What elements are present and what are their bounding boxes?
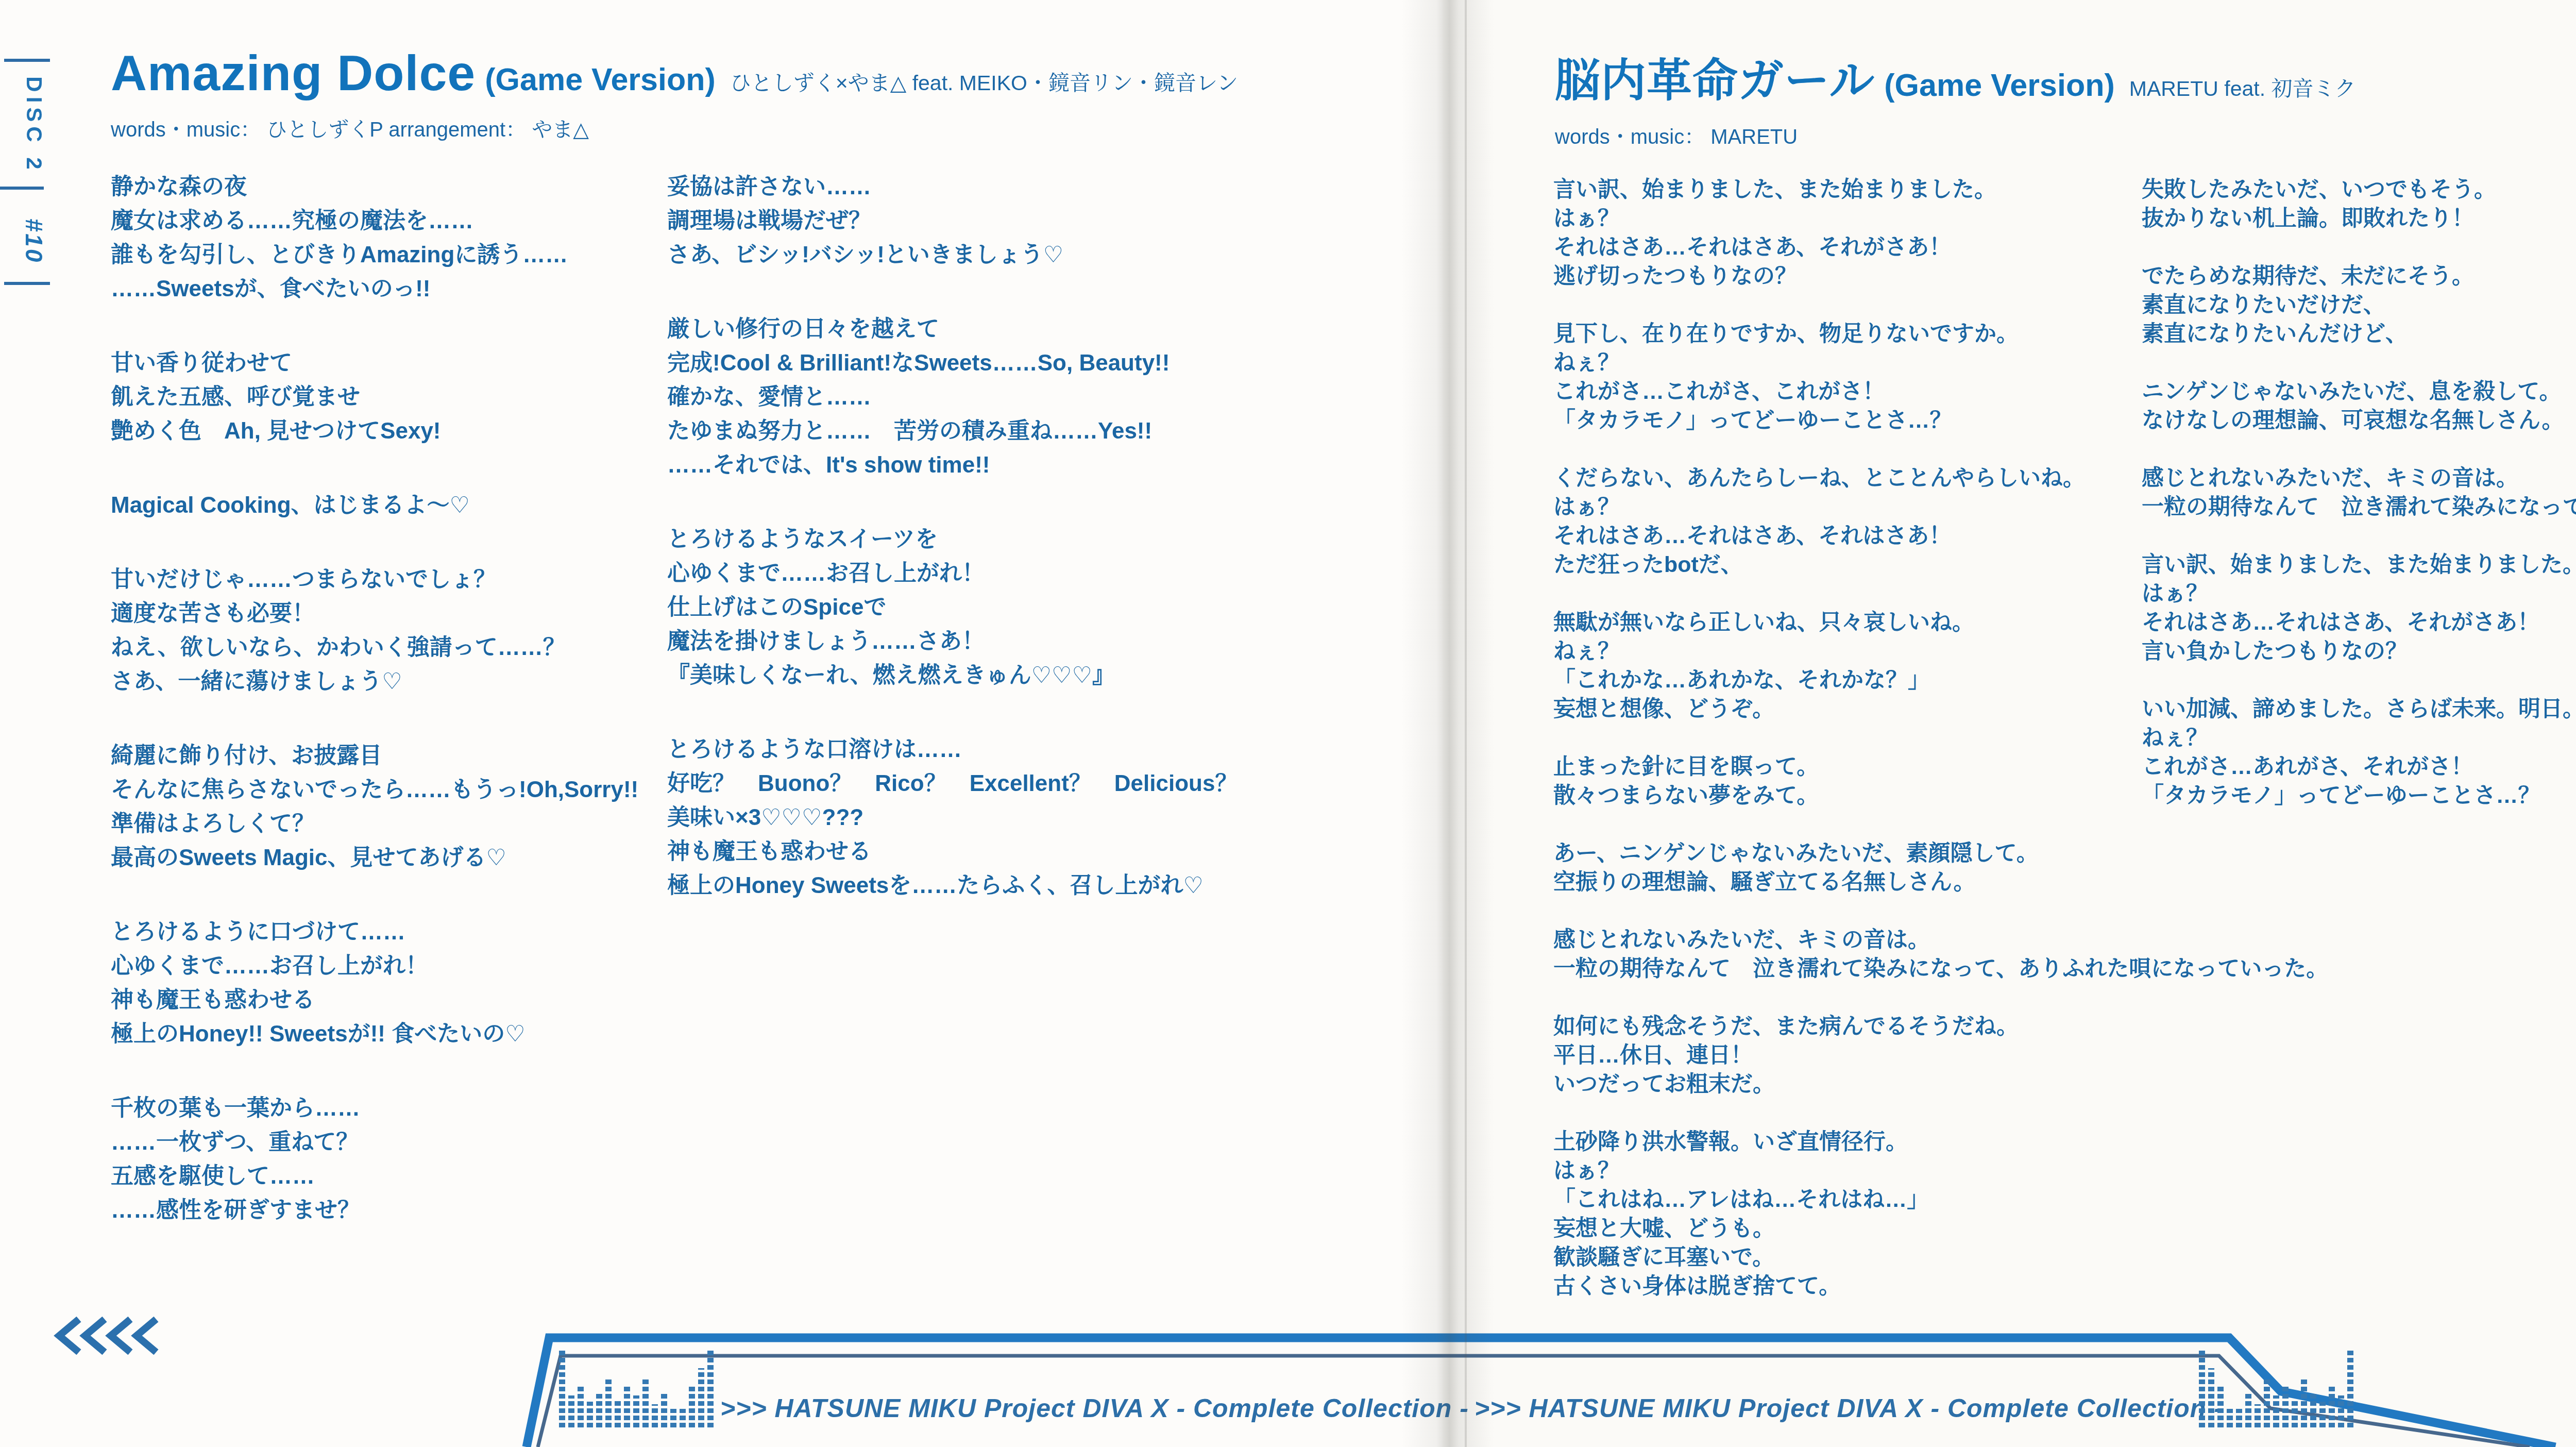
lyric-line: 厳しい修行の日々を越えて (667, 312, 1238, 346)
equalizer-bar (596, 1391, 602, 1427)
stanza: 感じとれないみたいだ、キミの音は。一粒の期待なんて 泣き濡れて染みになって、あり… (1553, 926, 2328, 983)
lyric-line: 魔法を掛けましょう……さあ！ (667, 625, 1238, 659)
lyric-line: ニンゲンじゃないみたいだ、息を殺して。 (2142, 377, 2576, 406)
stanza: とろけるような口溶けは……好吃？ Buono？ Rico？ Excellent？… (667, 733, 1238, 903)
lyric-line: 千枚の葉も一葉から…… (111, 1091, 638, 1125)
equalizer-bar (2208, 1368, 2214, 1427)
stanza: 甘いだけじゃ……つまらないでしょ？適度な苦さも必要！ねえ、欲しいなら、かわいく強… (111, 563, 638, 699)
album-footer-text-right: >>> HATSUNE MIKU Project DIVA X - Comple… (1475, 1392, 2223, 1424)
right-song-title: 脳内革命ガール (1555, 44, 1875, 109)
lyric-line: 「これはね…アレはね…それはね…」 (1553, 1185, 2328, 1214)
equalizer-bar (2273, 1395, 2279, 1427)
lyric-line: 五感を駆使して…… (111, 1159, 638, 1193)
lyric-line: はぁ？ (1553, 1156, 2328, 1185)
lyric-line: とろけるようなスイーツを (667, 523, 1238, 557)
lyric-line: さあ、一緒に蕩けましょう♡ (111, 665, 638, 699)
equalizer-bar (2282, 1384, 2289, 1427)
lyric-line: いい加減、諦めました。さらば未来。明日。 (2142, 695, 2576, 723)
lyric-line: 飢えた五感、呼び覚ませ (111, 380, 638, 414)
stanza: 千枚の葉も一葉から…………一枚ずつ、重ねて？五感を駆使して…………感性を研ぎすま… (111, 1091, 638, 1227)
equalizer-bar (689, 1384, 695, 1427)
equalizer-bar (624, 1384, 630, 1427)
lyric-line: そんなに焦らさないでったら……もうっ!Oh,Sorry!! (111, 773, 638, 807)
stanza: 感じとれないみたいだ、キミの音は。一粒の期待なんて 泣き濡れて染みになって、あり… (2142, 464, 2576, 521)
equalizer-bar (2236, 1409, 2242, 1427)
equalizer-bar (633, 1395, 639, 1427)
equalizer-bar (2347, 1350, 2353, 1427)
stanza: 綺麗に飾り付け、お披露目そんなに焦らさないでったら……もうっ!Oh,Sorry!… (111, 739, 638, 875)
lyric-line: 好吃？ Buono？ Rico？ Excellent？ Delicious？ (667, 767, 1238, 801)
lyric-line: 適度な苦さも必要！ (111, 597, 638, 631)
left-title-row: Amazing Dolce (Game Version) ひとしずく×やま△ f… (111, 44, 1238, 102)
lyric-line: 甘い香り従わせて (111, 346, 638, 380)
stanza: とろけるようなスイーツを心ゆくまで……お召し上がれ！仕上げはこのSpiceで魔法… (667, 523, 1238, 693)
lyric-line: 言い負かしたつもりなの？ (2142, 637, 2576, 666)
page-left: Amazing Dolce (Game Version) ひとしずく×やま△ f… (0, 0, 1443, 1447)
left-song-title: Amazing Dolce (111, 44, 476, 102)
stanza: 失敗したみたいだ、いつでもそう。抜かりない机上論。即敗れたり！ (2142, 175, 2576, 233)
right-lyrics-column-2: 失敗したみたいだ、いつでもそう。抜かりない机上論。即敗れたり！でたらめな期待だ、… (2142, 175, 2576, 839)
lyric-line: 素直になりたいだけだ、 (2142, 291, 2576, 319)
lyric-line: 空振りの理想論、騒ぎ立てる名無しさん。 (1553, 868, 2328, 897)
equalizer-bar (680, 1409, 686, 1427)
lyric-line: 極上のHoney Sweetsを……たらふく、召し上がれ♡ (667, 869, 1238, 903)
lyric-line: 静かな森の夜 (111, 170, 638, 204)
lyric-line: それはさあ…それはさあ、それがさあ！ (2142, 608, 2576, 637)
lyric-line: 誰もを勾引し、とびきりAmazingに誘う…… (111, 238, 638, 272)
equalizer-bar (559, 1350, 565, 1427)
equalizer-bar (2255, 1404, 2261, 1427)
equalizer-bar (707, 1350, 714, 1427)
lyric-line: Magical Cooking、はじまるよ～♡ (111, 489, 638, 523)
lyric-line: 完成!Cool & Brilliant!なSweets……So, Beauty!… (667, 346, 1238, 380)
equalizer-bar (2338, 1395, 2344, 1427)
album-footer-text-left: >>> HATSUNE MIKU Project DIVA X - Comple… (720, 1392, 1469, 1424)
lyric-line: 如何にも残念そうだ、また病んでるそうだね。 (1553, 1012, 2328, 1041)
lyric-line: ……感性を研ぎすませ？ (111, 1193, 638, 1227)
lyric-line: 平日…休日、連日！ (1553, 1041, 2328, 1070)
equalizer-bar (2301, 1378, 2307, 1427)
lyric-line: たゆまぬ努力と…… 苦労の積み重ね……Yes!! (667, 414, 1238, 448)
stanza: 静かな森の夜魔女は求める……究極の魔法を……誰もを勾引し、とびきりAmazing… (111, 170, 638, 306)
lyric-line: 綺麗に飾り付け、お披露目 (111, 739, 638, 773)
lyric-line: ねぇ？ (2142, 723, 2576, 752)
right-song-version: (Game Version) (1884, 67, 2115, 103)
page-right: 脳内革命ガール (Game Version) MARETU feat. 初音ミク… (1443, 0, 2576, 1447)
stanza: Magical Cooking、はじまるよ～♡ (111, 489, 638, 523)
left-song-version: (Game Version) (485, 61, 716, 97)
equalizer-bar (568, 1395, 574, 1427)
right-song-artist: MARETU feat. 初音ミク (2129, 72, 2356, 102)
equalizer-bar (2227, 1409, 2233, 1427)
lyric-line: 神も魔王も惑わせる (667, 835, 1238, 869)
lyric-line: 一粒の期待なんて 泣き濡れて染みになって、ありふれた唄になっていった。 (1553, 954, 2328, 983)
equalizer-icon (2199, 1350, 2353, 1427)
lyric-line: 抜かりない机上論。即敗れたり！ (2142, 204, 2576, 233)
lyric-line: 魔女は求める……究極の魔法を…… (111, 204, 638, 238)
equalizer-bar (661, 1393, 667, 1427)
lyric-line: ……Sweetsが、食べたいのっ!! (111, 272, 638, 306)
lyric-line: いつだってお粗末だ。 (1553, 1070, 2328, 1099)
equalizer-bar (587, 1402, 593, 1427)
equalizer-bar (652, 1404, 658, 1427)
lyric-line: とろけるような口溶けは…… (667, 733, 1238, 767)
page-fold-crease (1465, 0, 1467, 1447)
left-lyrics-column-2: 妥協は許さない……調理場は戦場だぜ？さあ、ビシッ!バシッ!といきましょう♡厳しい… (667, 170, 1238, 943)
equalizer-bar (670, 1409, 676, 1427)
left-lyrics-column-1: 静かな森の夜魔女は求める……究極の魔法を……誰もを勾引し、とびきりAmazing… (111, 170, 638, 1268)
lyric-line: 感じとれないみたいだ、キミの音は。 (1553, 926, 2328, 954)
lyric-line: 調理場は戦場だぜ？ (667, 204, 1238, 238)
booklet-spread: Amazing Dolce (Game Version) ひとしずく×やま△ f… (0, 0, 2576, 1447)
lyric-line: 準備はよろしくて？ (111, 807, 638, 841)
lyric-line: これがさ…あれがさ、それがさ！ (2142, 752, 2576, 781)
lyric-line: 土砂降り洪水警報。いざ直情径行。 (1553, 1128, 2328, 1156)
lyric-line: ねえ、欲しいなら、かわいく強請って……？ (111, 631, 638, 665)
lyric-line: 心ゆくまで……お召し上がれ！ (111, 949, 638, 983)
lyric-line: 失敗したみたいだ、いつでもそう。 (2142, 175, 2576, 204)
lyric-line: ……一枚ずつ、重ねて？ (111, 1125, 638, 1159)
stanza: あー、ニンゲンじゃないみたいだ、素顔隠して。空振りの理想論、騒ぎ立てる名無しさん… (1553, 839, 2328, 897)
equalizer-bar (642, 1378, 649, 1427)
lyric-line: 美味い×3♡♡♡??? (667, 801, 1238, 835)
equalizer-bar (2264, 1378, 2270, 1427)
lyric-line: でたらめな期待だ、未だにそう。 (2142, 262, 2576, 291)
lyric-line: 確かな、愛情と…… (667, 380, 1238, 414)
equalizer-bar (2329, 1384, 2335, 1427)
lyric-line: 素直になりたいんだけど、 (2142, 319, 2576, 348)
stanza: とろけるように口づけて……心ゆくまで……お召し上がれ！神も魔王も惑わせる極上のH… (111, 915, 638, 1051)
lyric-line: 最高のSweets Magic、見せてあげる♡ (111, 841, 638, 875)
left-song-credits: words・music： ひとしずくP arrangement： やま△ (111, 113, 1238, 143)
lyric-line: 歓談騒ぎに耳塞いで。 (1553, 1243, 2328, 1272)
left-song-artist: ひとしずく×やま△ feat. MEIKO・鏡音リン・鏡音レン (730, 66, 1238, 96)
right-song-credits: words・music： MARETU (1555, 121, 2355, 150)
lyric-line: さあ、ビシッ!バシッ!といきましょう♡ (667, 238, 1238, 272)
lyric-line: 妄想と大嘘、どうも。 (1553, 1214, 2328, 1243)
equalizer-bar (2217, 1384, 2224, 1427)
stanza: いい加減、諦めました。さらば未来。明日。ねぇ？これがさ…あれがさ、それがさ！「タ… (2142, 695, 2576, 810)
equalizer-bar (698, 1368, 704, 1427)
lyric-line: 『美味しくなーれ、燃え燃えきゅん♡♡♡』 (667, 659, 1238, 693)
stanza: でたらめな期待だ、未だにそう。素直になりたいだけだ、素直になりたいんだけど、 (2142, 262, 2576, 348)
lyric-line: 仕上げはこのSpiceで (667, 591, 1238, 625)
stanza: 厳しい修行の日々を越えて完成!Cool & Brilliant!なSweets…… (667, 312, 1238, 482)
equalizer-bar (2245, 1393, 2251, 1427)
left-song-header: Amazing Dolce (Game Version) ひとしずく×やま△ f… (111, 44, 1238, 143)
lyric-line: 古くさい身体は脱ぎ捨てて。 (1553, 1272, 2328, 1301)
lyric-line: 艶めく色 Ah, 見せつけてSexy! (111, 414, 638, 448)
right-title-row: 脳内革命ガール (Game Version) MARETU feat. 初音ミク (1555, 44, 2355, 109)
lyric-line: はぁ？ (2142, 579, 2576, 608)
lyric-line: 一粒の期待なんて 泣き濡れて染みになって、ありふれた唄になっていった。 (2142, 493, 2576, 521)
stanza: ニンゲンじゃないみたいだ、息を殺して。なけなしの理想論、可哀想な名無しさん。 (2142, 377, 2576, 435)
equalizer-bar (578, 1384, 584, 1427)
equalizer-bar (2292, 1399, 2298, 1427)
stanza: 言い訳、始まりました、また始まりました。はぁ？それはさあ…それはさあ、それがさあ… (2142, 550, 2576, 666)
sidebar-disc-label-left: DISC 2 (22, 76, 46, 174)
stanza: 如何にも残念そうだ、また病んでるそうだね。平日…休日、連日！いつだってお粗末だ。 (1553, 1012, 2328, 1099)
lyric-line: ……それでは、It's show time!! (667, 448, 1238, 482)
lyric-line: 妥協は許さない…… (667, 170, 1238, 204)
stanza: 土砂降り洪水警報。いざ直情径行。はぁ？「これはね…アレはね…それはね…」妄想と大… (1553, 1128, 2328, 1301)
lyric-line: 神も魔王も惑わせる (111, 983, 638, 1017)
lyric-line: なけなしの理想論、可哀想な名無しさん。 (2142, 406, 2576, 435)
stanza: 妥協は許さない……調理場は戦場だぜ？さあ、ビシッ!バシッ!といきましょう♡ (667, 170, 1238, 272)
lyric-line: 極上のHoney!! Sweetsが!! 食べたいの♡ (111, 1017, 638, 1051)
equalizer-icon (559, 1350, 714, 1427)
lyric-line: あー、ニンゲンじゃないみたいだ、素顔隠して。 (1553, 839, 2328, 868)
lyric-line: 言い訳、始まりました、また始まりました。 (2142, 550, 2576, 579)
lyric-line: 心ゆくまで……お召し上がれ！ (667, 557, 1238, 591)
equalizer-bar (615, 1399, 621, 1427)
equalizer-bar (2199, 1350, 2205, 1427)
lyric-line: とろけるように口づけて…… (111, 915, 638, 949)
sidebar-track-number-left: #10 (20, 218, 48, 264)
lyric-line: 感じとれないみたいだ、キミの音は。 (2142, 464, 2576, 493)
equalizer-bar (605, 1378, 612, 1427)
equalizer-bar (2310, 1391, 2316, 1427)
lyric-line: 「タカラモノ」ってどーゆーことさ…？ (2142, 781, 2576, 810)
stanza: 甘い香り従わせて飢えた五感、呼び覚ませ艶めく色 Ah, 見せつけてSexy! (111, 346, 638, 448)
equalizer-bar (2319, 1402, 2326, 1427)
right-song-header: 脳内革命ガール (Game Version) MARETU feat. 初音ミク… (1555, 44, 2355, 150)
lyric-line: 甘いだけじゃ……つまらないでしょ？ (111, 563, 638, 597)
